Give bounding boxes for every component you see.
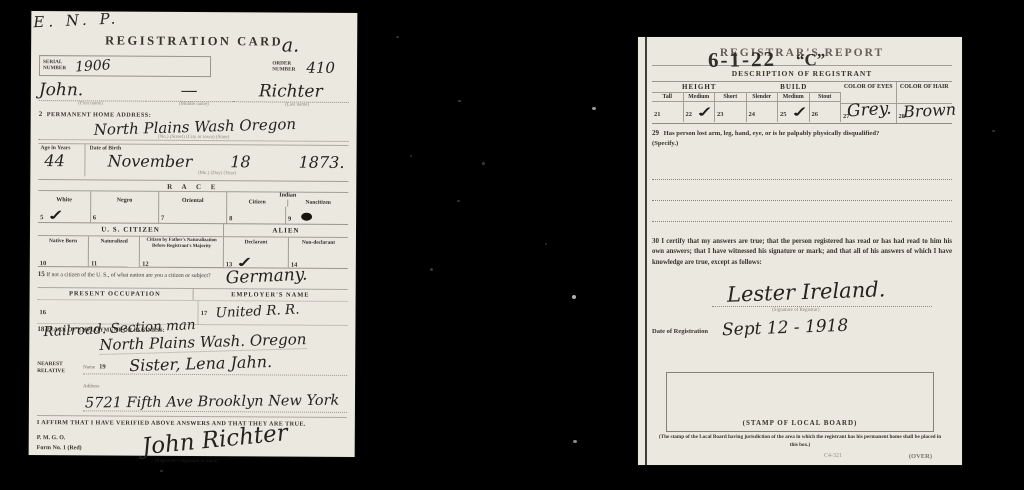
form-identifier: P. M. G. O. Form No. 1 (Red) <box>37 434 82 453</box>
serial-number-label: SERIAL NUMBER <box>40 60 69 72</box>
blank-answer-lines <box>652 159 952 222</box>
registration-date-row: Date of Registration Sept 12 - 1918 <box>652 320 952 346</box>
card-title: REGISTRATION CARD <box>39 33 349 50</box>
serial-number-box: SERIAL NUMBER 1906 <box>39 55 211 77</box>
occupation-field: 16 Railroad. Section man <box>37 300 198 325</box>
registrar-signature: Lester Ireland. <box>727 278 886 308</box>
registrant-signature: John Richter <box>141 420 289 460</box>
order-number-label: ORDER NUMBER <box>269 61 298 73</box>
serial-order-row: SERIAL NUMBER 1906 ORDER NUMBER 410 <box>39 53 349 80</box>
nation-answer: Germany. <box>226 265 309 289</box>
height-build-headers: HEIGHT BUILD <box>652 82 841 92</box>
height-build-labels: Tall Medium Short Slender Medium Stout <box>652 92 841 101</box>
serial-number-value: 1906 <box>75 57 112 75</box>
question-29: 29 Has person lost arm, leg, hand, eye, … <box>652 128 952 149</box>
registrar-signature-block: Lester Ireland. (Signature of Registrar) <box>652 278 952 320</box>
dob-field: Date of Birth November 18 1873. (Mo.) (D… <box>86 144 349 178</box>
scan-noise-dot <box>410 155 412 157</box>
description-table: HEIGHT BUILD Tall Medium Short Slender M… <box>652 81 952 124</box>
card-footer: P. M. G. O. Form No. 1 (Red) John Richte… <box>37 426 347 480</box>
stamp-box-caption: (The stamp of the Local Board having jur… <box>658 434 942 449</box>
scan-noise-dot <box>545 243 547 245</box>
first-name-field: John. <box>39 80 146 102</box>
registrars-report-card: REGISTRAR'S REPORT 6-1-22 “C” DESCRIPTIO… <box>638 37 962 465</box>
employer-field: 17 United R. R. <box>199 301 348 326</box>
scan-noise-dot <box>430 268 433 271</box>
scan-noise-dot <box>592 107 596 110</box>
name-row: John. — Richter <box>39 80 349 103</box>
handwritten-title-note: a. <box>282 35 300 57</box>
nearest-relative-block: NEAREST RELATIVE Name 19 Sister, Lena Ja… <box>37 353 347 413</box>
registrars-report-content: REGISTRAR'S REPORT 6-1-22 “C” DESCRIPTIO… <box>638 37 962 465</box>
registration-card: E. N. P. REGISTRATION CARD a. SERIAL NUM… <box>29 11 358 457</box>
nation-question-row: 15 If not a citizen of the U. S., of wha… <box>38 267 348 290</box>
registration-card-content: E. N. P. REGISTRATION CARD a. SERIAL NUM… <box>29 11 358 457</box>
scan-noise-dot <box>992 130 995 132</box>
eyes-color-column: COLOR OF EYES 27 Grey. <box>841 82 897 123</box>
hair-color-value: Brown <box>902 100 956 122</box>
nearest-relative-label: NEAREST RELATIVE <box>37 353 83 411</box>
scan-noise-dot <box>572 295 576 299</box>
registration-date-value: Sept 12 - 1918 <box>722 316 849 340</box>
date-stamp: 6-1-22 “C” <box>708 46 826 73</box>
report-footer: C4-321 (OVER) <box>652 451 952 467</box>
relative-name-field: Name 19 Sister, Lena Jahn. <box>83 353 347 376</box>
race-number-row: 5✓ 6 7 8 9 <box>38 205 348 224</box>
scan-noise-dot <box>482 162 485 165</box>
order-number-group: ORDER NUMBER 410 <box>269 58 349 76</box>
indian-columns: Indian Citizen Noncitizen <box>227 192 348 207</box>
age-field: Age in Years 44 <box>38 144 85 176</box>
scan-noise-dot <box>458 100 461 102</box>
signature-caption: (Registrant's signature or mark) <box>155 459 218 464</box>
last-name-field: Richter <box>233 81 349 103</box>
scan-noise-dot <box>573 440 577 443</box>
occupation-values: 16 Railroad. Section man 17 United R. R. <box>37 300 347 326</box>
race-table: White Negro Oriental Indian Citizen Nonc… <box>38 190 348 225</box>
certification-text: 30 I certify that my answers are true; t… <box>652 236 952 269</box>
scan-noise-dot <box>457 200 460 202</box>
scan-noise-dot <box>396 36 399 38</box>
height-build-values: 21 22✓ 23 24 25✓ 26 <box>652 101 841 122</box>
penciled-initials: E. N. P. <box>33 9 120 31</box>
eyes-color-value: Grey. <box>846 98 892 121</box>
relative-address-field: Address 5721 Fifth Ave Brooklyn New York <box>83 374 347 413</box>
local-board-stamp-box: (STAMP OF LOCAL BOARD) <box>666 372 934 432</box>
hair-color-column: COLOR OF HAIR 28 Brown <box>897 82 953 123</box>
scanned-document-viewer: { "card_left": { "top_note": "E. N. P.",… <box>0 0 1024 490</box>
middle-name-field: — <box>145 81 232 103</box>
order-number-value: 410 <box>306 58 335 76</box>
ink-blot-mark <box>301 213 312 221</box>
age-dob-row: Age in Years 44 Date of Birth November 1… <box>38 143 348 178</box>
name-captions: (First name) (Middle name) (Last name) <box>39 101 349 108</box>
registrar-signature-caption: (Signature of Registrar) <box>772 308 820 313</box>
footer-over-text: (OVER) <box>909 453 932 460</box>
footer-form-code: C4-321 <box>824 453 842 459</box>
